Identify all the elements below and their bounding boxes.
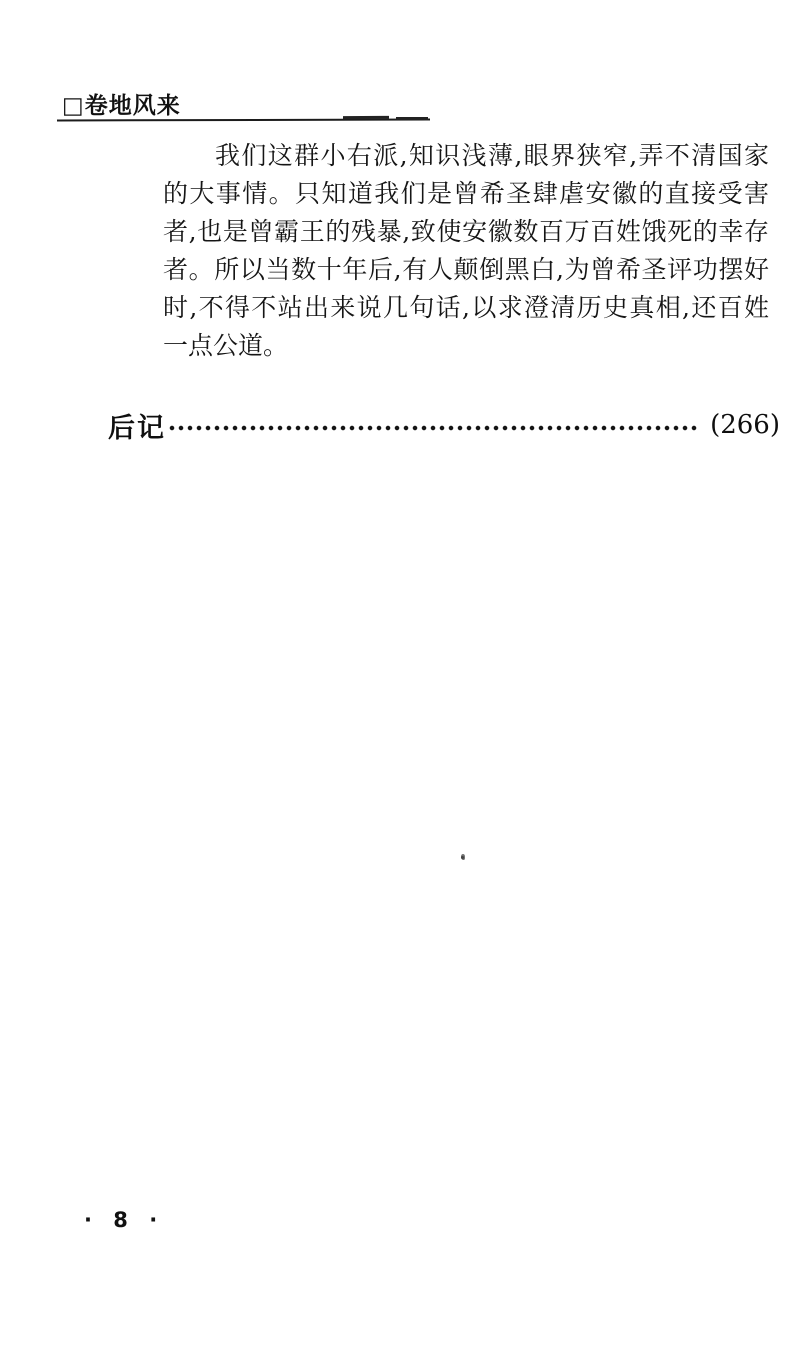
- paragraph-line: 者,也是曾霸王的残暴,致使安徽数百万百姓饿死的幸存: [163, 213, 769, 251]
- toc-entry: 后记 (266): [108, 403, 780, 447]
- page-number: · 8 ·: [84, 1208, 164, 1232]
- toc-entry-page-number: (266): [710, 410, 780, 440]
- toc-entry-label: 后记: [108, 406, 166, 445]
- header-rule-artifact: [396, 117, 428, 120]
- header-rule-artifact: [343, 116, 389, 119]
- toc-dot-leader: [168, 423, 700, 433]
- paragraph-line: 时,不得不站出来说几句话,以求澄清历史真相,还百姓: [163, 289, 769, 327]
- paragraph-line: 我们这群小右派,知识浅薄,眼界狭窄,弄不清国家: [163, 137, 769, 175]
- paragraph-line: 的大事情。只知道我们是曾希圣肆虐安徽的直接受害: [163, 175, 769, 213]
- paragraph-line: 者。所以当数十年后,有人颠倒黑白,为曾希圣评功摆好: [163, 251, 769, 289]
- running-header-title: □卷地风来: [62, 87, 181, 120]
- scan-speck: [461, 854, 465, 860]
- paragraph-line: 一点公道。: [163, 327, 769, 365]
- body-paragraph: 我们这群小右派,知识浅薄,眼界狭窄,弄不清国家 的大事情。只知道我们是曾希圣肆虐…: [163, 137, 769, 365]
- book-page: □卷地风来 我们这群小右派,知识浅薄,眼界狭窄,弄不清国家 的大事情。只知道我们…: [0, 0, 794, 1361]
- header-rule: [57, 119, 430, 122]
